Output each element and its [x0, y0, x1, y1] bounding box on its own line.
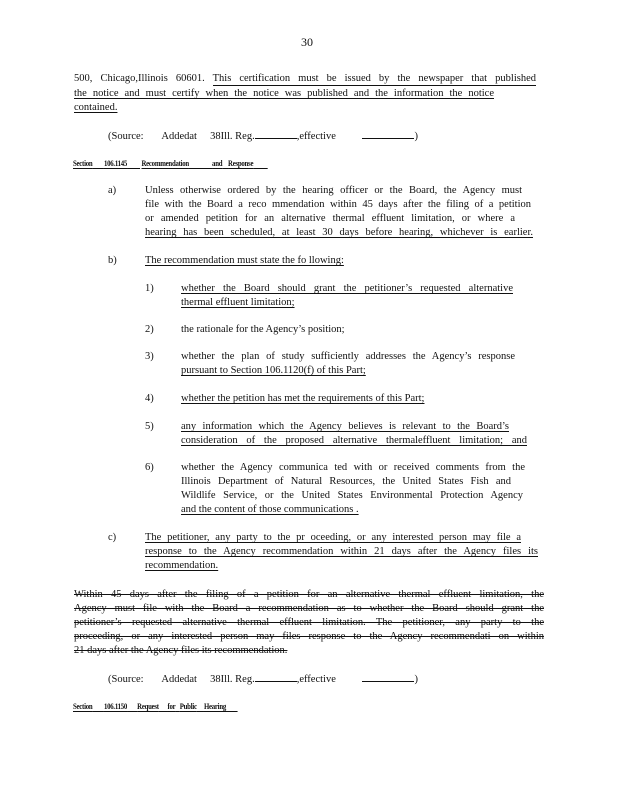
subitem-line: Wildlife Service, or the United States E…: [181, 489, 523, 502]
subitem-marker: 5): [145, 420, 154, 433]
item-line: Unless otherwise ordered by the hearing …: [145, 184, 522, 197]
source-note-2: (Source: Addedat 38Ill. Reg.,effective ): [108, 671, 418, 686]
section-number: 106.1150: [104, 702, 127, 711]
item-line: response to the Agency recommendation wi…: [145, 545, 538, 558]
source-close: ): [414, 131, 418, 142]
section-title-part: Recommendation: [142, 159, 189, 168]
subitem-line: thermal effluent limitation;: [181, 296, 295, 309]
intro-line-1: 500, Chicago,Illinois 60601. This certif…: [74, 72, 536, 85]
section-number: 106.1145: [104, 159, 127, 168]
intro-line-3: contained.: [74, 101, 117, 114]
item-marker: c): [108, 531, 116, 544]
deleted-line: petitioner’s requested alternative therm…: [74, 616, 544, 629]
deleted-line: proceeding, or any interested person may…: [74, 630, 544, 643]
effective-blank: [362, 128, 414, 139]
source-prefix: (Source:: [108, 131, 144, 142]
section-title-part: and: [212, 159, 222, 168]
item-marker: a): [108, 184, 116, 197]
source-added: Addedat: [161, 674, 197, 685]
source-effective: ,effective: [297, 131, 336, 142]
subitem-marker: 1): [145, 282, 154, 295]
effective-blank: [362, 671, 414, 682]
source-note-1: (Source: Addedat 38Ill. Reg.,effective ): [108, 128, 418, 143]
source-effective: ,effective: [297, 674, 336, 685]
underline: [213, 85, 536, 86]
source-added: Addedat: [161, 131, 197, 142]
item-marker: b): [108, 254, 117, 267]
subitem-line: whether the Board should grant the petit…: [181, 282, 513, 295]
item-line: hearing has been scheduled, at least 30 …: [145, 226, 533, 239]
subitem-line: Illinois Department of Natural Resources…: [181, 475, 511, 488]
subitem-marker: 6): [145, 461, 154, 474]
section-title-part: Request: [137, 702, 159, 711]
subitem-marker: 3): [145, 350, 154, 363]
item-line: file with the Board a reco mmendation wi…: [145, 198, 531, 211]
deleted-line: Agency must file with the Board a recomm…: [74, 602, 544, 615]
page-number: 30: [301, 36, 313, 49]
subitem-line: whether the plan of study sufficiently a…: [181, 350, 515, 363]
subitem-line: any information which the Agency believe…: [181, 420, 509, 433]
subitem-line: the rationale for the Agency’s position;: [181, 323, 345, 336]
source-register: 38Ill. Reg.: [210, 674, 255, 685]
source-prefix: (Source:: [108, 674, 144, 685]
section-title-part: Public: [180, 702, 197, 711]
subitem-marker: 2): [145, 323, 154, 336]
item-line: The recommendation must state the fo llo…: [145, 254, 344, 267]
deleted-line: 21 days after the Agency files its recom…: [74, 644, 287, 657]
intro-line-2: the notice and must certify when the not…: [74, 87, 494, 100]
section-label: Section: [73, 159, 92, 168]
subitem-line: consideration of the proposed alternativ…: [181, 434, 527, 447]
item-line: recommendation.: [145, 559, 218, 572]
section-heading-2: Section 106.1150 Request for Public Hear…: [73, 700, 238, 713]
subitem-marker: 4): [145, 392, 154, 405]
source-close: ): [414, 674, 418, 685]
register-blank: [255, 671, 297, 682]
section-title-part: Response: [228, 159, 253, 168]
section-label: Section: [73, 702, 92, 711]
item-line: The petitioner, any party to the pr ocee…: [145, 531, 521, 544]
subitem-line: whether the petition has met the require…: [181, 392, 424, 405]
section-heading-1: Section 106.1145 Recommendation and Resp…: [73, 157, 268, 170]
deleted-line: Within 45 days after the filing of a pet…: [74, 588, 544, 601]
register-blank: [255, 128, 297, 139]
subitem-line: pursuant to Section 106.1120(f) of this …: [181, 364, 366, 377]
subitem-line: whether the Agency communica ted with or…: [181, 461, 525, 474]
section-title-part: Hearing: [204, 702, 226, 711]
subitem-line: and the content of those communications …: [181, 503, 359, 516]
item-line: or amended petition for an alternative t…: [145, 212, 515, 225]
source-register: 38Ill. Reg.: [210, 131, 255, 142]
